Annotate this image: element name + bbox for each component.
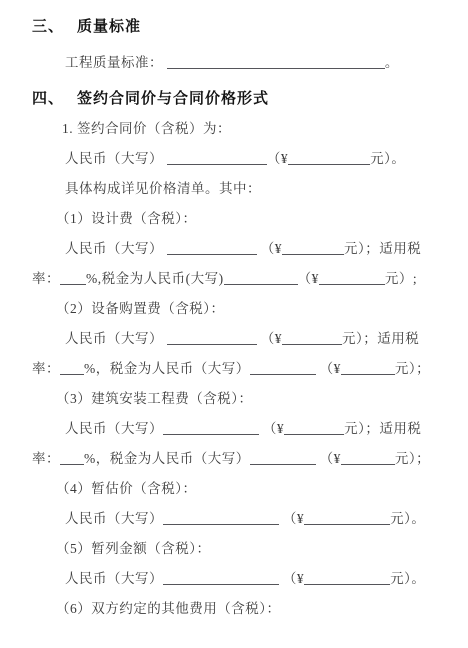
- line-contract-price-amount: 人民币（大写） （¥元）。: [65, 144, 440, 174]
- fill-in-blank: [60, 271, 86, 285]
- fill-in-blank: [250, 361, 316, 375]
- text-run: （3）建筑安装工程费（含税）：: [56, 391, 253, 406]
- text-run: （¥: [257, 331, 282, 346]
- heading-quality-standard: 三、质量标准: [32, 12, 440, 42]
- text-run: （2）设备购置费（含税）：: [56, 301, 225, 316]
- text-run: 1. 签约合同价（含税）为：: [62, 121, 231, 136]
- item-other-agreed-fees: （6）双方约定的其他费用（含税）：: [56, 594, 440, 624]
- text-run: 签约合同价与合同价格形式: [77, 90, 269, 107]
- text-run: （¥: [257, 241, 282, 256]
- line-provisional-sum-amount: 人民币（大写） （¥元）。: [65, 564, 440, 594]
- text-run: 。: [385, 55, 399, 70]
- fill-in-blank: [167, 241, 257, 255]
- text-run: （5）暂列金额（含税）：: [56, 541, 211, 556]
- document-page: 三、质量标准工程质量标准： 。四、签约合同价与合同价格形式1. 签约合同价（含税…: [0, 0, 468, 648]
- text-run: %,税金为人民币(大写): [86, 271, 224, 286]
- line-design-fee-tax: 率：%,税金为人民币(大写)（¥元）;: [32, 264, 440, 294]
- text-run: （4）暂估价（含税）：: [56, 481, 197, 496]
- text-run: %，税金为人民币（大写）: [84, 361, 250, 376]
- heading-number: 三、: [32, 18, 64, 35]
- fill-in-blank: [341, 451, 395, 465]
- text-run: 元）；适用税: [344, 421, 421, 436]
- fill-in-blank: [167, 331, 257, 345]
- text-run: 元）；: [395, 361, 430, 376]
- text-run: 元）；适用税: [344, 241, 421, 256]
- fill-in-blank: [282, 331, 342, 345]
- line-detail-note: 具体构成详见价格清单。其中：: [65, 174, 440, 204]
- text-run: 人民币（大写）: [65, 151, 167, 166]
- text-run: （1）设计费（含税）：: [56, 211, 197, 226]
- text-run: 工程质量标准：: [65, 55, 167, 70]
- fill-in-blank: [167, 151, 267, 165]
- fill-in-blank: [304, 571, 390, 585]
- text-run: （¥: [267, 151, 288, 166]
- fill-in-blank: [250, 451, 316, 465]
- text-run: 质量标准: [77, 18, 141, 35]
- fill-in-blank: [284, 421, 344, 435]
- line-equipment-fee-tax: 率：%，税金为人民币（大写） （¥元）；: [32, 354, 440, 384]
- item-construction-fee: （3）建筑安装工程费（含税）：: [56, 384, 440, 414]
- text-run: 率：: [32, 361, 60, 376]
- item-provisional-sum: （5）暂列金额（含税）：: [56, 534, 440, 564]
- text-run: 率：: [32, 451, 60, 466]
- line-construction-fee-tax: 率：%，税金为人民币（大写） （¥元）；: [32, 444, 440, 474]
- line-equipment-fee-amount: 人民币（大写） （¥元）；适用税: [65, 324, 440, 354]
- text-run: 具体构成详见价格清单。其中：: [65, 181, 261, 196]
- text-run: （¥: [316, 451, 341, 466]
- text-run: （¥: [259, 421, 284, 436]
- line-project-quality-standard: 工程质量标准： 。: [65, 48, 440, 78]
- text-run: （¥: [316, 361, 341, 376]
- line-contract-price-intro: 1. 签约合同价（含税）为：: [62, 114, 440, 144]
- fill-in-blank: [224, 271, 298, 285]
- text-run: 人民币（大写）: [65, 511, 163, 526]
- text-run: 人民币（大写）: [65, 421, 163, 436]
- fill-in-blank: [60, 361, 84, 375]
- text-run: （¥: [279, 511, 304, 526]
- fill-in-blank: [60, 451, 84, 465]
- fill-in-blank: [163, 571, 279, 585]
- text-run: 元）。: [390, 571, 425, 586]
- fill-in-blank: [341, 361, 395, 375]
- text-run: %，税金为人民币（大写）: [84, 451, 250, 466]
- item-equipment-fee: （2）设备购置费（含税）：: [56, 294, 440, 324]
- item-design-fee: （1）设计费（含税）：: [56, 204, 440, 234]
- text-run: 元）。: [370, 151, 405, 166]
- fill-in-blank: [304, 511, 390, 525]
- text-run: （¥: [279, 571, 304, 586]
- text-run: 元）；适用税: [342, 331, 419, 346]
- line-construction-fee-amount: 人民币（大写） （¥元）；适用税: [65, 414, 440, 444]
- text-run: 人民币（大写）: [65, 241, 167, 256]
- heading-number: 四、: [32, 90, 64, 107]
- text-run: （¥: [298, 271, 319, 286]
- item-provisional-price: （4）暂估价（含税）：: [56, 474, 440, 504]
- text-run: 人民币（大写）: [65, 571, 163, 586]
- line-design-fee-amount: 人民币（大写） （¥元）；适用税: [65, 234, 440, 264]
- text-run: 元）；: [395, 451, 430, 466]
- text-run: 元）。: [390, 511, 425, 526]
- text-run: （6）双方约定的其他费用（含税）：: [56, 601, 281, 616]
- heading-contract-price-and-form: 四、签约合同价与合同价格形式: [32, 84, 440, 114]
- line-provisional-price-amount: 人民币（大写） （¥元）。: [65, 504, 440, 534]
- fill-in-blank: [282, 241, 344, 255]
- fill-in-blank: [167, 55, 385, 69]
- fill-in-blank: [319, 271, 385, 285]
- fill-in-blank: [163, 421, 259, 435]
- text-run: 元）;: [385, 271, 417, 286]
- fill-in-blank: [288, 151, 370, 165]
- text-run: 人民币（大写）: [65, 331, 167, 346]
- text-run: 率：: [32, 271, 60, 286]
- fill-in-blank: [163, 511, 279, 525]
